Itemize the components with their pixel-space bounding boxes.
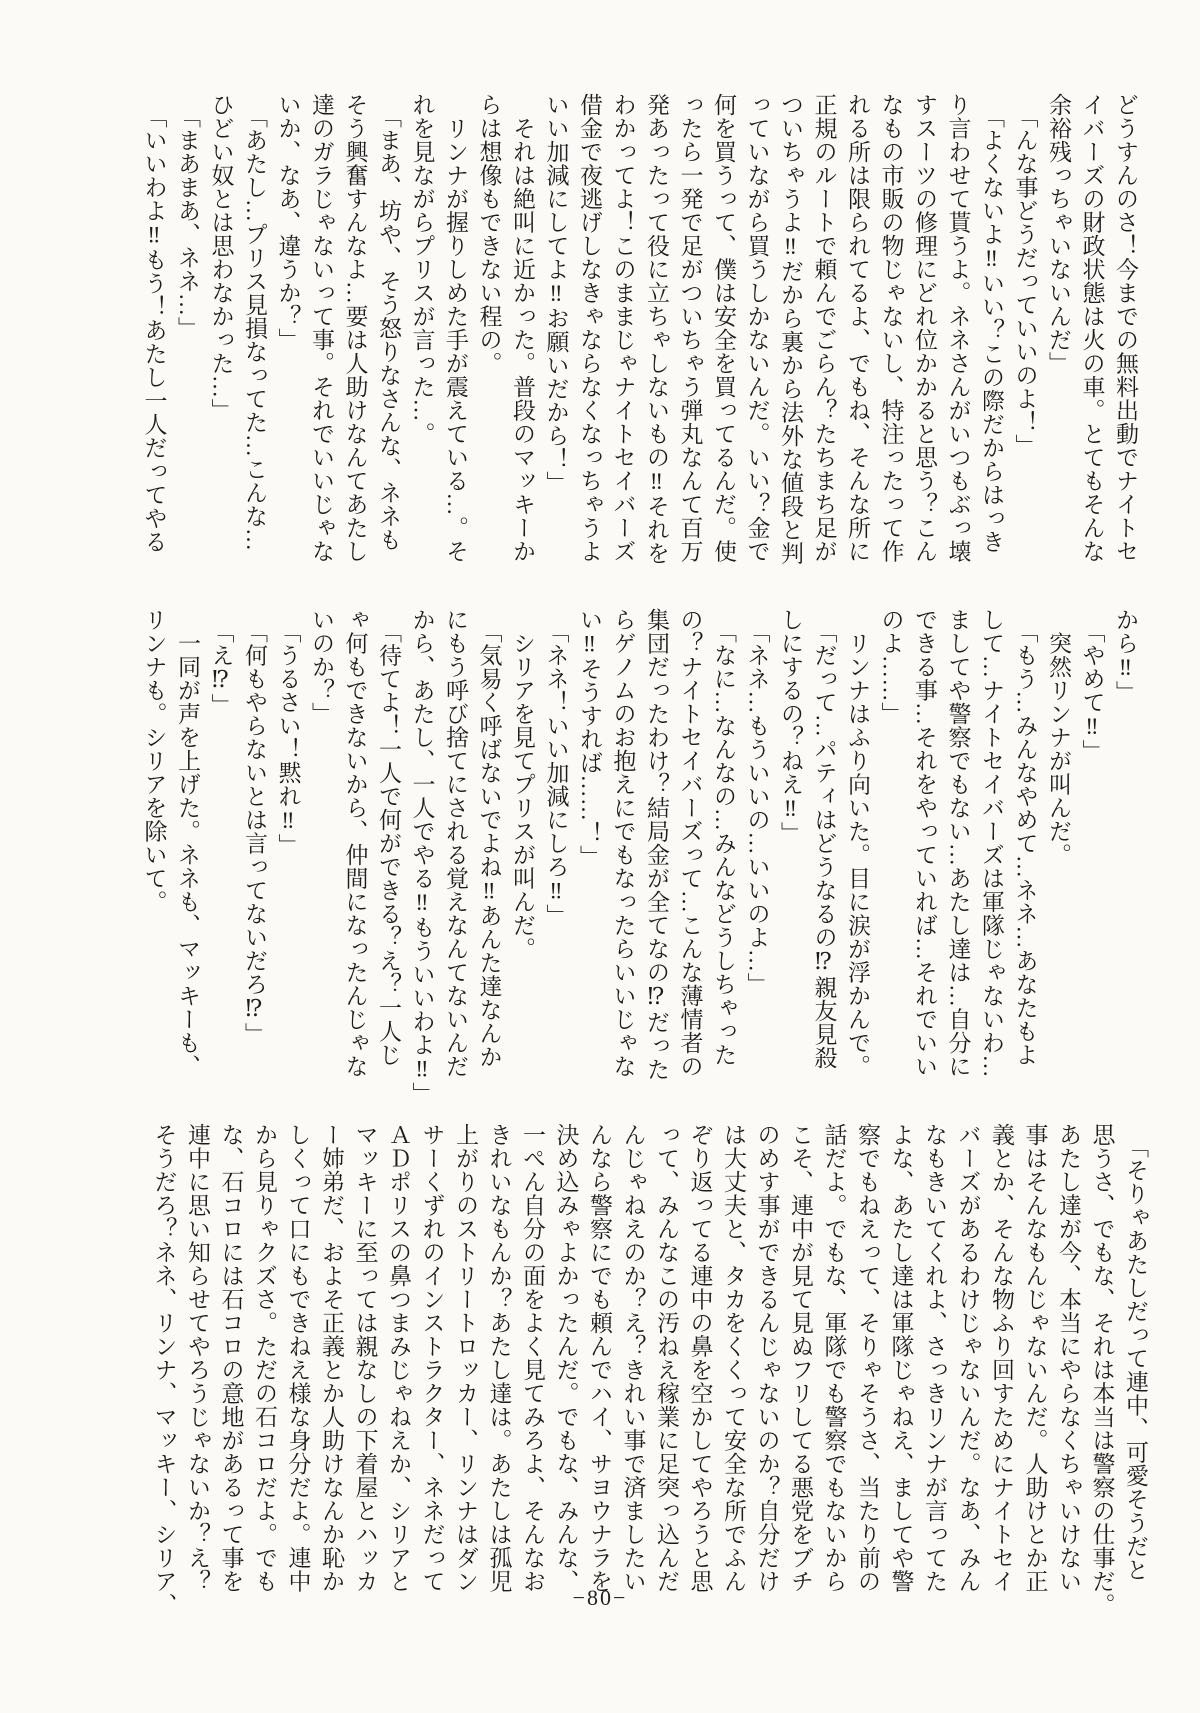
- text-column: 「よくないよ‼いい？この際だからはっき: [975, 93, 1009, 598]
- text-column: 正規のルートで頼んでごらん？たちまち足が: [807, 93, 841, 598]
- text-column: 一同が声を上げた。ネネも、マッキーも、: [171, 608, 205, 1113]
- text-column: んなら警察にでも頼んでハイ、サヨウナラを: [583, 1123, 617, 1628]
- text-column: ついちゃうよ‼だから裏から法外な値段と判: [774, 93, 808, 598]
- text-column: 義とか、そんな物ふり回すためにナイトセイ: [985, 1123, 1019, 1628]
- text-column: ましてや警察でもない…あたし達は…自分に: [941, 608, 975, 1113]
- text-column: の？ナイトセイバーズって…こんな薄情者の: [673, 608, 707, 1113]
- text-column: リンナが握りしめた手が震えている…。そ: [439, 93, 473, 598]
- text-column: 「うるさい！黙れ‼」: [271, 608, 305, 1113]
- text-column: 連中に思い知らせてやろうじゃないか？え？: [181, 1123, 215, 1628]
- text-column: い‼そうすれば……！」: [573, 608, 607, 1113]
- text-band-middle: から‼」 「やめて‼」 突然リンナが叫んだ。 「もう…みんなやめて…ネネ…あなた…: [137, 608, 1142, 1113]
- text-column: いのか？」: [305, 608, 339, 1113]
- text-column: こそ、連中が見て見ぬフリしてる悪党をブチ: [784, 1123, 818, 1628]
- text-column: れる所は限られてるよ、でもね、そんな所に: [841, 93, 875, 598]
- text-column: 話だよ。でもな、軍隊でも警察でもないから: [817, 1123, 851, 1628]
- text-column: ひどい奴とは思わなかった…」: [204, 93, 238, 598]
- text-column: は大丈夫と、タカをくくって安全な所でふん: [717, 1123, 751, 1628]
- text-column: どうすんのさ！今までの無料出動でナイトセ: [1109, 93, 1143, 598]
- text-column: しにするの？ねえ‼」: [774, 608, 808, 1113]
- text-column: から‼」: [1109, 608, 1143, 1113]
- text-column: らゲノムのお抱えにでもなったらいいじゃな: [606, 608, 640, 1113]
- text-column: シリアを見てプリスが叫んだ。: [506, 608, 540, 1113]
- text-column: 達のガラじゃないって事。それでいいじゃな: [305, 93, 339, 598]
- text-column: よな、あたし達は軍隊じゃねえ、ましてや警: [884, 1123, 918, 1628]
- text-column: きれいなもんか？あたし達は。あたしは孤児: [482, 1123, 516, 1628]
- text-column: 「何もやらないとは言ってないだろ⁉」: [238, 608, 272, 1113]
- text-column: から見りゃクズさ。ただの石コロだよ。でも: [248, 1123, 282, 1628]
- text-column: 「だって…パティはどうなるの⁉親友見殺: [807, 608, 841, 1113]
- text-column: 「なに…なんなの…みんなどうしちゃった: [707, 608, 741, 1113]
- text-column: 一ぺん自分の面をよく見てみろよ、そんなお: [516, 1123, 550, 1628]
- text-column: いい加減にしてよ‼お願いだから！」: [539, 93, 573, 598]
- text-band-top: どうすんのさ！今までの無料出動でナイトセイバーズの財政状態は火の車。とてもそんな…: [137, 93, 1142, 598]
- text-column: 事はそんなもんじゃないんだ。人助けとか正: [1018, 1123, 1052, 1628]
- text-column: っていながら買うしかないんだ。いい？金で: [740, 93, 774, 598]
- text-column: 「ネネ！いい加減にしろ‼」: [539, 608, 573, 1113]
- text-column: 「やめて‼」: [1075, 608, 1109, 1113]
- text-column: らは想像もできない程の。: [472, 93, 506, 598]
- text-column: 察でもねえって、そりゃそうさ、当たり前の: [851, 1123, 885, 1628]
- text-column: ゃ何もできないから、仲間になったんじゃな: [338, 608, 372, 1113]
- novel-page: どうすんのさ！今までの無料出動でナイトセイバーズの財政状態は火の車。とてもそんな…: [0, 0, 1200, 1713]
- text-column: れを見ながらプリスが言った…。: [405, 93, 439, 598]
- text-column: 「んな事どうだっていいのよ！」: [1008, 93, 1042, 598]
- text-column: できる事…それをやっていれば…それでいい: [908, 608, 942, 1113]
- text-column: 決め込みゃよかったんだ。でもな、みんな、: [549, 1123, 583, 1628]
- text-column: から、あたし、一人でやる‼もういいわよ‼」: [405, 608, 439, 1113]
- text-column: ぞり返ってる連中の鼻を空かしてやろうと思: [683, 1123, 717, 1628]
- text-column: 余裕残っちゃいないんだ」: [1042, 93, 1076, 598]
- text-column: リンナも。シリアを除いて。: [137, 608, 171, 1113]
- text-column: なもきいてくれよ、さっきリンナが言ってた: [918, 1123, 952, 1628]
- text-column: いか、なあ、違うか？」: [271, 93, 305, 598]
- text-column: な、石コロには石コロの意地があるって事を: [214, 1123, 248, 1628]
- text-column: 「もう…みんなやめて…ネネ…あなたもよ: [1008, 608, 1042, 1113]
- text-column: にもう呼び捨てにされる覚えなんてないんだ: [439, 608, 473, 1113]
- text-column: それは絶叫に近かった。普段のマッキーか: [506, 93, 540, 598]
- page-number: −80−: [0, 1585, 1200, 1611]
- text-column: なもの市販の物じゃないし、特注ったって作: [874, 93, 908, 598]
- text-column: リンナはふり向いた。目に涙が浮かんで。: [841, 608, 875, 1113]
- text-column: マッキーに至っては親なしの下着屋とハッカ: [348, 1123, 382, 1628]
- text-column: 思うさ、でもな、それは本当は警察の仕事だ。: [1085, 1123, 1119, 1628]
- text-column: 集団だったわけ？結局金が全てなの⁉だった: [640, 608, 674, 1113]
- text-column: 「まあまあ、ネネ…」: [171, 93, 205, 598]
- text-column: すスーツの修理にどれ位かかると思う？こん: [908, 93, 942, 598]
- text-column: って、みんなこの汚ねえ稼業に足突っ込んだ: [650, 1123, 684, 1628]
- text-column: して…ナイトセイバーズは軍隊じゃないわ…: [975, 608, 1009, 1113]
- text-column: イバーズの財政状態は火の車。とてもそんな: [1075, 93, 1109, 598]
- text-column: んじゃねえのか？え？きれい事で済ましたい: [616, 1123, 650, 1628]
- text-column: 「そりゃあたしだって連中、可愛そうだと: [1119, 1123, 1153, 1628]
- text-column: 何を買うって、僕は安全を買ってるんだ。使: [707, 93, 741, 598]
- text-column: 「え⁉」: [204, 608, 238, 1113]
- text-column: 「待てよ！一人で何ができる？え？一人じ: [372, 608, 406, 1113]
- text-column: り言わせて貰うよ。ネネさんがいつもぶっ壊: [941, 93, 975, 598]
- text-column: のよ……」: [874, 608, 908, 1113]
- text-column: 上がりのストリートロッカー、リンナはダン: [449, 1123, 483, 1628]
- text-column: サーくずれのインストラクター、ネネだって: [415, 1123, 449, 1628]
- text-column: そう興奮すんなよ…要は人助けなんてあたし: [338, 93, 372, 598]
- text-column: ー姉弟だ、およそ正義とか人助けなんか恥か: [315, 1123, 349, 1628]
- text-band-bottom: 「そりゃあたしだって連中、可愛そうだと思うさ、でもな、それは本当は警察の仕事だ。…: [147, 1123, 1152, 1628]
- text-column: 借金で夜逃げしなきゃならなくなっちゃうよ: [573, 93, 607, 598]
- text-column: あたし達が今、本当にやらなくちゃいけない: [1052, 1123, 1086, 1628]
- text-column: 「まあ、坊や、そう怒りなさんな、ネネも: [372, 93, 406, 598]
- text-column: 「気易く呼ばないでよね‼あんた達なんか: [472, 608, 506, 1113]
- text-column: そうだろ？ネネ、リンナ、マッキー、シリア、: [147, 1123, 181, 1628]
- text-column: わかってよ！このままじゃナイトセイバーズ: [606, 93, 640, 598]
- text-column: 「いいわよ‼もう！あたし一人だってやる: [137, 93, 171, 598]
- text-column: 「あたし…プリス見損なってた…こんな…: [238, 93, 272, 598]
- text-column: バーズがあるわけじゃないんだ。なあ、みん: [951, 1123, 985, 1628]
- text-column: 「ネネ…もういいの…いいのよ…」: [740, 608, 774, 1113]
- text-column: 突然リンナが叫んだ。: [1042, 608, 1076, 1113]
- text-column: 発あったって役に立ちゃしないもの‼それを: [640, 93, 674, 598]
- text-column: ったら一発で足がついちゃう弾丸なんて百万: [673, 93, 707, 598]
- text-column: ＡＤポリスの鼻つまみじゃねえか、シリアと: [382, 1123, 416, 1628]
- text-column: しくって口にもできねえ様な身分だよ。連中: [281, 1123, 315, 1628]
- text-column: のめす事ができるんじゃないのか？自分だけ: [750, 1123, 784, 1628]
